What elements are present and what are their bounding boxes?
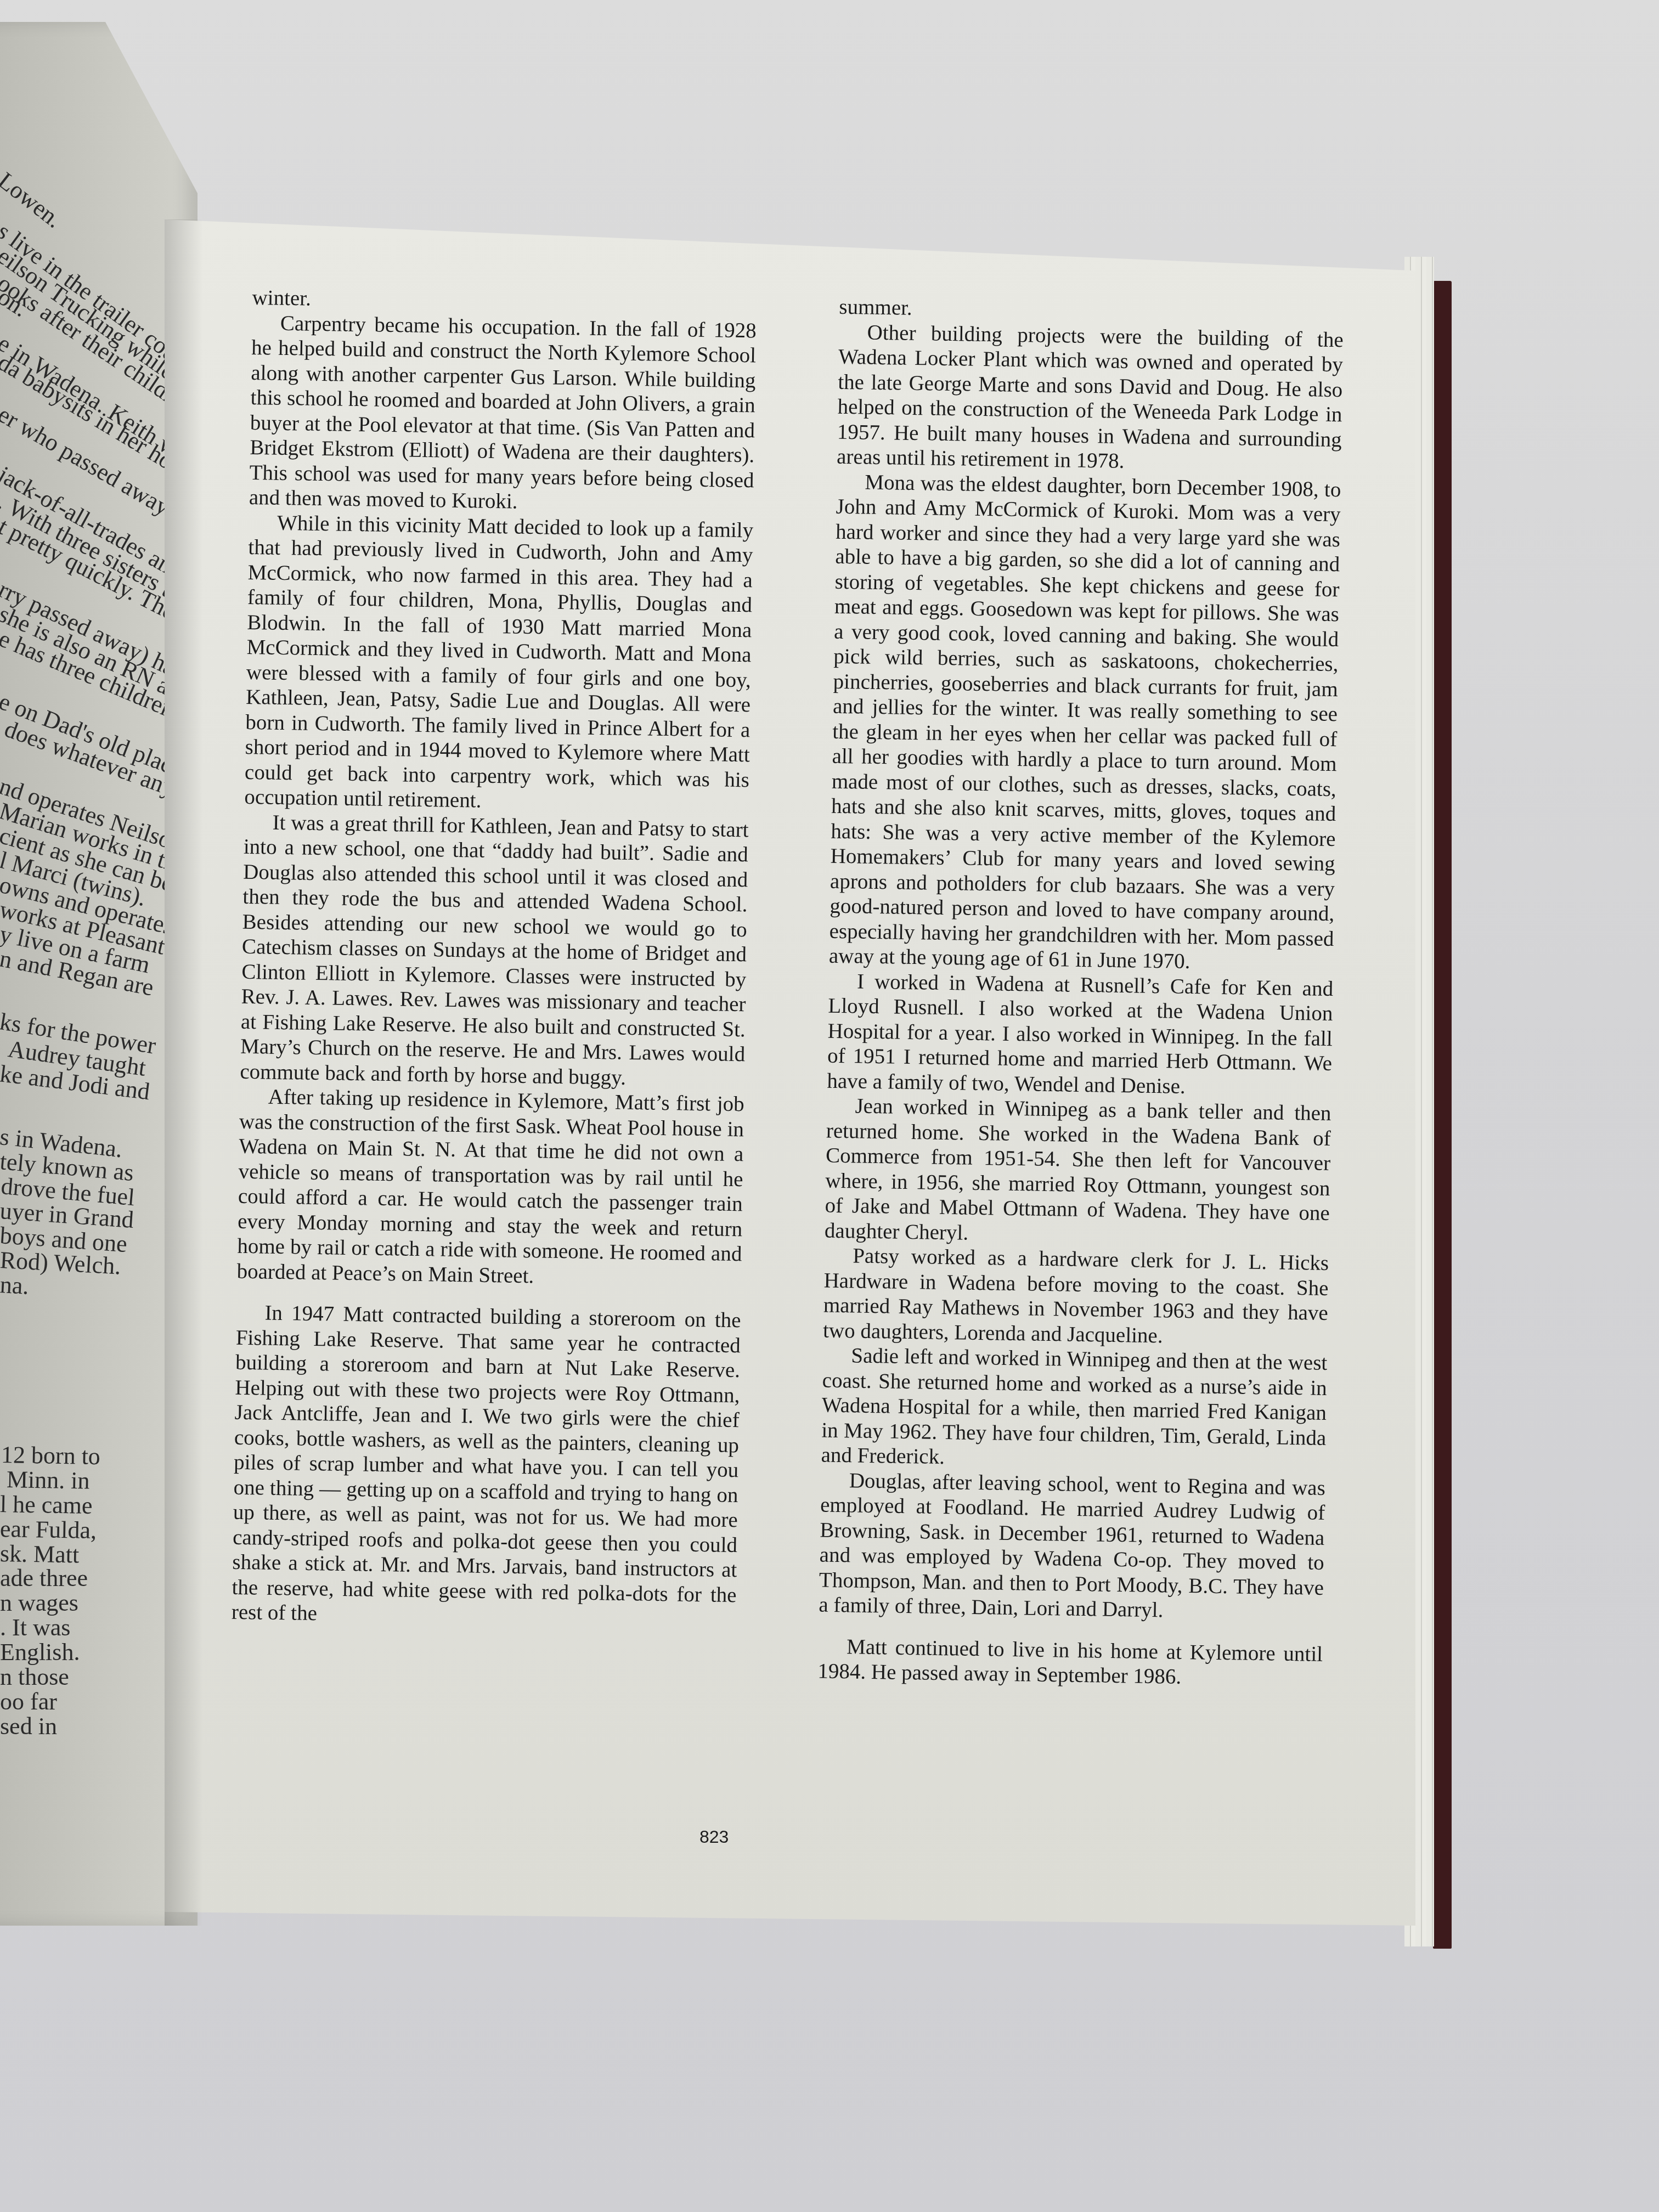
left-column: winter. Carpentry became his occupation.…	[230, 285, 757, 1683]
facing-fragment: ade three	[0, 1566, 88, 1590]
paragraph: Patsy worked as a hardware clerk for J. …	[823, 1243, 1329, 1351]
facing-fragment: English.	[0, 1640, 80, 1664]
paragraph: Sadie left and worked in Winnipeg and th…	[821, 1343, 1327, 1476]
facing-fragment: l he came	[0, 1492, 93, 1518]
paragraph: Matt continued to live in his home at Ky…	[817, 1634, 1323, 1691]
paragraph: While in this vicinity Matt decided to l…	[244, 510, 753, 817]
paragraph: Other building projects were the buildin…	[837, 319, 1344, 477]
facing-fragment: n those	[0, 1665, 69, 1689]
book-page: winter. Carpentry became his occupation.…	[165, 219, 1415, 1926]
text-columns: winter. Carpentry became his occupation.…	[230, 285, 1344, 1691]
paragraph: Mona was the eldest daughter, born Decem…	[829, 469, 1341, 976]
facing-fragment: Minn. in	[7, 1468, 90, 1493]
facing-fragment: sk. Matt	[0, 1542, 80, 1567]
paragraph: Jean worked in Winnipeg as a bank teller…	[825, 1093, 1331, 1251]
facing-fragment: 12 born to	[1, 1443, 101, 1469]
right-column: summer. Other building projects were the…	[817, 295, 1344, 1692]
facing-fragment: . It was	[0, 1616, 70, 1640]
book-cover-edge	[1433, 281, 1452, 1949]
spine-shadow	[165, 219, 203, 1926]
paragraph: Douglas, after leaving school, went to R…	[819, 1468, 1325, 1625]
paragraph: It was a great thrill for Kathleen, Jean…	[240, 809, 749, 1092]
paragraph: After taking up residence in Kylemore, M…	[236, 1084, 744, 1291]
facing-fragment: oo far	[0, 1690, 57, 1714]
paragraph: In 1947 Matt contracted building a store…	[232, 1300, 741, 1633]
facing-fragment: sed in	[0, 1714, 57, 1739]
page-number: 823	[699, 1827, 729, 1847]
paragraph: Carpentry became his occupation. In the …	[249, 310, 757, 517]
facing-fragment: na.	[0, 1273, 30, 1299]
facing-fragment: n wages	[0, 1591, 78, 1615]
facing-fragment: ear Fulda,	[0, 1517, 97, 1543]
paragraph: I worked in Wadena at Rusnell’s Cafe for…	[827, 968, 1333, 1101]
